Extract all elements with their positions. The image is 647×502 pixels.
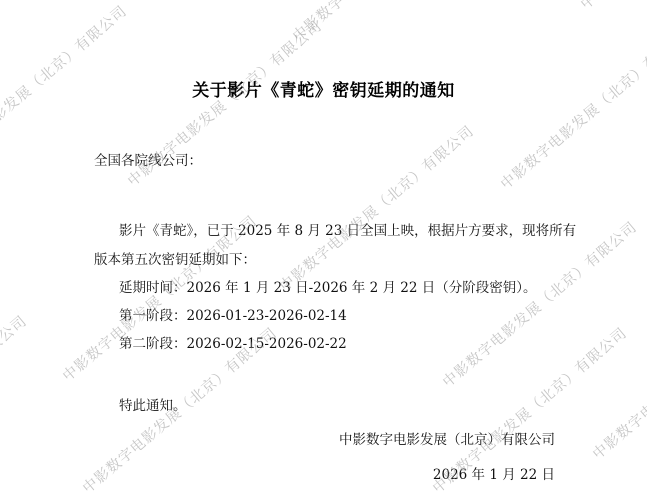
phase-1-range: 2026-01-23-2026-02-14	[187, 308, 347, 324]
phase-1-label: 第一阶段：	[119, 308, 187, 324]
document-content: 关于影片《青蛇》密钥延期的通知 全国各院线公司： 影片《青蛇》，已于 2025 …	[0, 0, 647, 502]
signature-date: 2026 年 1 月 22 日	[433, 463, 555, 483]
body-paragraph-line-2: 版本第五次密钥延期如下：	[94, 248, 256, 268]
document-page: 关于影片《青蛇》密钥延期的通知 全国各院线公司： 影片《青蛇》，已于 2025 …	[0, 0, 647, 502]
phase-2-range: 2026-02-15-2026-02-22	[187, 336, 347, 352]
phase-1: 第一阶段：2026-01-23-2026-02-14	[119, 304, 347, 324]
salutation: 全国各院线公司：	[94, 149, 202, 169]
page-title: 关于影片《青蛇》密钥延期的通知	[0, 76, 647, 101]
phase-2: 第二阶段：2026-02-15-2026-02-22	[119, 332, 347, 352]
issuer-signature: 中影数字电影发展（北京）有限公司	[339, 428, 555, 448]
body-paragraph-line-1: 影片《青蛇》，已于 2025 年 8 月 23 日全国上映，根据片方要求，现将所…	[119, 219, 576, 239]
closing-remark: 特此通知。	[119, 394, 187, 414]
phase-2-label: 第二阶段：	[119, 336, 187, 352]
extension-period: 延期时间：2026 年 1 月 23 日-2026 年 2 月 22 日（分阶段…	[119, 276, 536, 296]
